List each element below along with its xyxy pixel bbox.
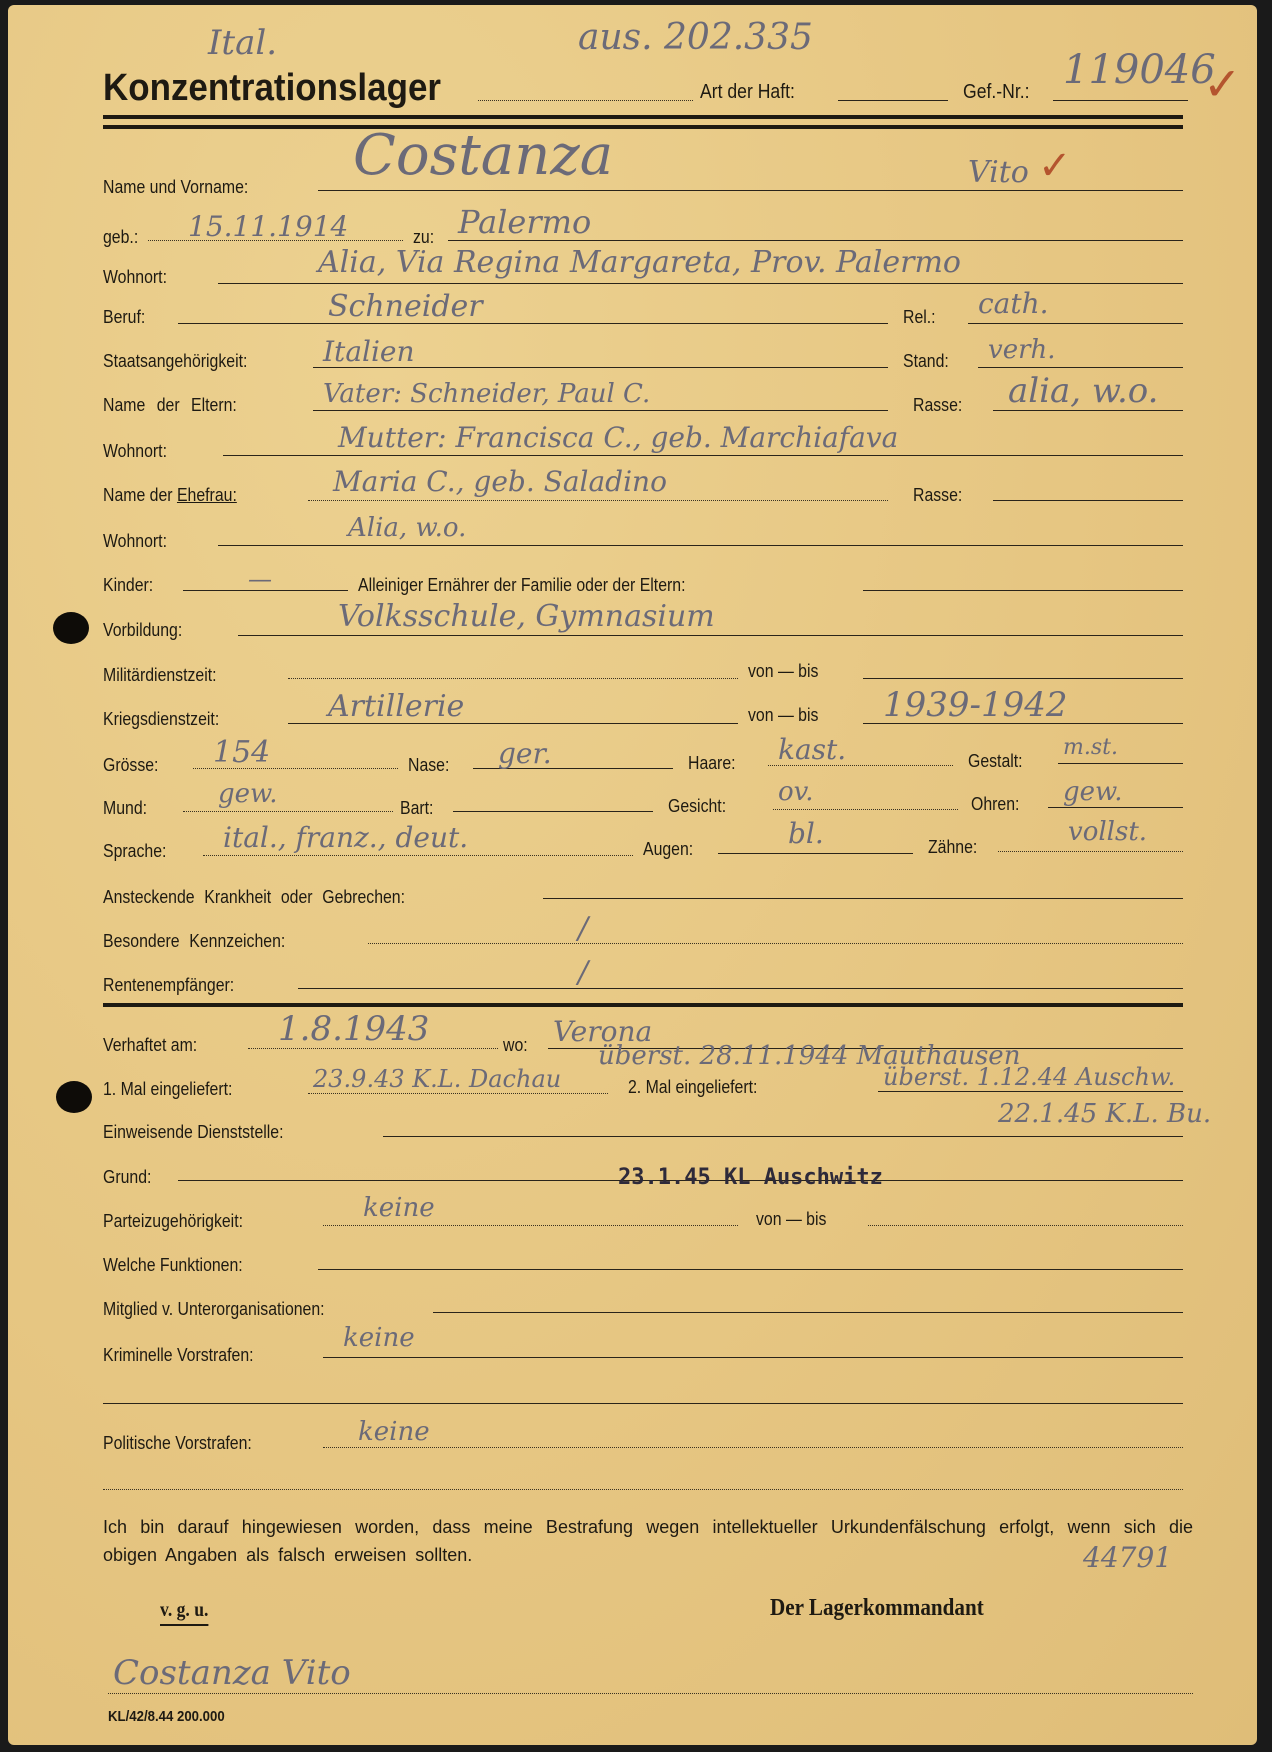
name-label: Name und Vorname: xyxy=(103,177,248,198)
auschwitz-stamp: 23.1.45 KL Auschwitz xyxy=(618,1165,883,1190)
sprache-label: Sprache: xyxy=(103,841,166,862)
wohnort-eltern-label: Wohnort: xyxy=(103,441,167,462)
kennzeichen-label: Besondere Kennzeichen: xyxy=(103,931,285,952)
wohnort-ehefrau-field[interactable] xyxy=(218,545,1183,546)
gesicht-value: ov. xyxy=(778,777,814,807)
kennzeichen-field[interactable] xyxy=(368,943,1183,944)
krankheit-field[interactable] xyxy=(543,898,1183,899)
ehefrau-field[interactable] xyxy=(308,500,888,501)
nase-label: Nase: xyxy=(408,755,449,776)
rasse-label: Rasse: xyxy=(913,395,962,416)
kriminell-value: keine xyxy=(343,1323,415,1353)
form-code: KL/42/8.44 200.000 xyxy=(108,1708,225,1725)
signature-line[interactable] xyxy=(108,1693,1193,1694)
mund-field[interactable] xyxy=(183,811,393,812)
groesse-label: Grösse: xyxy=(103,755,158,776)
krieg-value: Artillerie xyxy=(328,689,464,724)
vorbildung-value: Volksschule, Gymnasium xyxy=(338,599,715,634)
militaer-von-bis-label: von — bis xyxy=(748,661,818,682)
militaer-field[interactable] xyxy=(288,678,738,679)
eltern-wohnort-value: alia, w.o. xyxy=(1008,371,1158,411)
vorbildung-field[interactable] xyxy=(238,635,1183,636)
nase-value: ger. xyxy=(498,737,552,770)
rel-value: cath. xyxy=(978,287,1049,320)
kennzeichen-value: / xyxy=(578,911,588,946)
surname-value: Costanza xyxy=(353,123,613,188)
signature: Costanza Vito xyxy=(113,1653,351,1693)
wohnort-ehefrau-label: Wohnort: xyxy=(103,531,167,552)
kinder-label: Kinder: xyxy=(103,575,153,596)
militaer-von-bis-field[interactable] xyxy=(863,678,1183,679)
bart-field[interactable] xyxy=(453,811,653,812)
staat-value: Italien xyxy=(323,335,415,368)
mal2-field[interactable] xyxy=(878,1091,1183,1092)
wohnort-ehefrau-value: Alia, w.o. xyxy=(348,513,466,543)
funktionen-field[interactable] xyxy=(318,1269,1183,1270)
verhaftet-label: Verhaftet am: xyxy=(103,1035,197,1056)
ohren-value: gew. xyxy=(1063,777,1122,807)
krieg-von-bis-value: 1939-1942 xyxy=(883,685,1068,725)
augen-field[interactable] xyxy=(718,853,913,854)
art-der-haft-label: Art der Haft: xyxy=(700,81,795,104)
zaehne-value: vollst. xyxy=(1068,817,1147,847)
wo-label: wo: xyxy=(503,1035,528,1056)
groesse-value: 154 xyxy=(213,735,270,770)
partei-value: keine xyxy=(363,1193,435,1223)
gestalt-value: m.st. xyxy=(1063,735,1118,760)
dienststelle-note: 22.1.45 K.L. Bu. xyxy=(998,1099,1211,1129)
mund-value: gew. xyxy=(218,779,277,809)
wohnort-value: Alia, Via Regina Margareta, Prov. Palerm… xyxy=(318,245,961,280)
beruf-field[interactable] xyxy=(178,323,888,324)
punch-hole xyxy=(56,1081,92,1113)
augen-label: Augen: xyxy=(643,839,693,860)
beruf-value: Schneider xyxy=(328,289,483,324)
gesicht-field[interactable] xyxy=(773,809,958,810)
zaehne-field[interactable] xyxy=(998,851,1183,852)
mal1-value: 23.9.43 K.L. Dachau xyxy=(313,1065,561,1093)
haare-label: Haare: xyxy=(688,753,736,774)
politisch-label: Politische Vorstrafen: xyxy=(103,1433,252,1454)
ehefrau-label: Name der Ehefrau: xyxy=(103,485,237,506)
kommandant-label: Der Lagerkommandant xyxy=(770,1595,984,1622)
vorbildung-label: Vorbildung: xyxy=(103,620,182,641)
krankheit-label: Ansteckende Krankheit oder Gebrechen: xyxy=(103,887,405,908)
rente-value: / xyxy=(578,955,588,990)
haare-value: kast. xyxy=(778,733,846,766)
partei-field[interactable] xyxy=(323,1225,738,1226)
check-mark-icon: ✓ xyxy=(1203,57,1242,111)
rente-label: Rentenempfänger: xyxy=(103,975,234,996)
form-title: Konzentrationslager xyxy=(103,67,441,110)
rasse-ehefrau-label: Rasse: xyxy=(913,485,962,506)
rasse-ehefrau-field[interactable] xyxy=(993,500,1183,501)
ernaehrer-field[interactable] xyxy=(863,590,1183,591)
staat-label: Staatsangehörigkeit: xyxy=(103,351,247,372)
partei-von-bis-field[interactable] xyxy=(868,1225,1183,1226)
partei-von-bis-label: von — bis xyxy=(756,1209,826,1230)
dienststelle-label: Einweisende Dienststelle: xyxy=(103,1122,284,1143)
sprache-value: ital., franz., deut. xyxy=(223,821,468,854)
krieg-label: Kriegsdienstzeit: xyxy=(103,709,219,730)
wohnort-field[interactable] xyxy=(218,283,1183,284)
partei-label: Parteizugehörigkeit: xyxy=(103,1211,243,1232)
grund-label: Grund: xyxy=(103,1167,151,1188)
augen-value: bl. xyxy=(788,817,824,850)
geb-value: 15.11.1914 xyxy=(188,210,348,243)
ehefrau-value: Maria C., geb. Saladino xyxy=(333,465,667,498)
note-aus-number: aus. 202.335 xyxy=(578,17,813,58)
ohren-label: Ohren: xyxy=(971,794,1019,815)
ernaehrer-label: Alleiniger Ernährer der Familie oder der… xyxy=(358,575,686,596)
wohnort-eltern-field[interactable] xyxy=(223,455,1183,456)
art-der-haft-field[interactable] xyxy=(838,100,948,101)
sprache-field[interactable] xyxy=(203,855,633,856)
gef-nr-value: 119046 xyxy=(1063,47,1216,93)
mutter-value: Mutter: Francisca C., geb. Marchiafava xyxy=(338,421,898,454)
politisch-value: keine xyxy=(358,1417,430,1447)
stand-field[interactable] xyxy=(978,367,1183,368)
vgu-label: v. g. u. xyxy=(160,1599,208,1626)
rel-field[interactable] xyxy=(968,323,1183,324)
mal1-label: 1. Mal eingeliefert: xyxy=(103,1079,232,1100)
zu-value: Palermo xyxy=(458,203,591,241)
militaer-label: Militärdienstzeit: xyxy=(103,665,217,686)
name-field[interactable] xyxy=(318,190,1183,191)
ohren-field[interactable] xyxy=(1048,807,1183,808)
funktionen-label: Welche Funktionen: xyxy=(103,1255,243,1276)
firstname-value: Vito xyxy=(968,155,1029,190)
kriminell-label: Kriminelle Vorstrafen: xyxy=(103,1345,254,1366)
stand-label: Stand: xyxy=(903,351,949,372)
prisoner-registration-card: Ital. aus. 202.335 Konzentrationslager A… xyxy=(8,5,1257,1745)
gef-nr-label: Gef.-Nr.: xyxy=(963,81,1030,104)
politisch-field[interactable] xyxy=(323,1447,1183,1448)
gesicht-label: Gesicht: xyxy=(668,796,726,817)
dienststelle-field[interactable] xyxy=(383,1136,1183,1137)
eltern-value: Vater: Schneider, Paul C. xyxy=(323,379,650,409)
kriminell-field-2[interactable] xyxy=(103,1403,1183,1404)
punch-hole xyxy=(53,612,89,644)
mal2-label: 2. Mal eingeliefert: xyxy=(628,1077,757,1098)
verhaftet-value: 1.8.1943 xyxy=(278,1009,429,1049)
bart-label: Bart: xyxy=(400,798,433,819)
mund-label: Mund: xyxy=(103,798,147,819)
gestalt-label: Gestalt: xyxy=(968,751,1023,772)
check-mark-icon: ✓ xyxy=(1038,143,1072,189)
rel-label: Rel.: xyxy=(903,307,936,328)
mitglied-label: Mitglied v. Unterorganisationen: xyxy=(103,1299,325,1320)
kinder-value: — xyxy=(248,565,272,593)
kriminell-field[interactable] xyxy=(323,1357,1183,1358)
declaration-text: Ich bin darauf hingewiesen worden, dass … xyxy=(103,1513,1193,1569)
zaehne-label: Zähne: xyxy=(928,837,977,858)
politisch-field-2[interactable] xyxy=(103,1489,1183,1490)
mal2-value: überst. 1.12.44 Auschw. xyxy=(883,1063,1175,1091)
wohnort-label: Wohnort: xyxy=(103,267,167,288)
mitglied-field[interactable] xyxy=(433,1312,1183,1313)
mal1-field[interactable] xyxy=(308,1093,608,1094)
beruf-label: Beruf: xyxy=(103,307,145,328)
gestalt-field[interactable] xyxy=(1058,763,1183,764)
geb-label: geb.: xyxy=(103,227,138,248)
krieg-von-bis-label: von — bis xyxy=(748,705,818,726)
rente-field[interactable] xyxy=(298,988,1183,989)
eltern-field[interactable] xyxy=(313,410,888,411)
stand-value: verh. xyxy=(988,335,1056,365)
note-ital: Ital. xyxy=(208,23,277,63)
side-number: 44791 xyxy=(1083,1541,1172,1574)
eltern-label: Name der Eltern: xyxy=(103,395,237,416)
